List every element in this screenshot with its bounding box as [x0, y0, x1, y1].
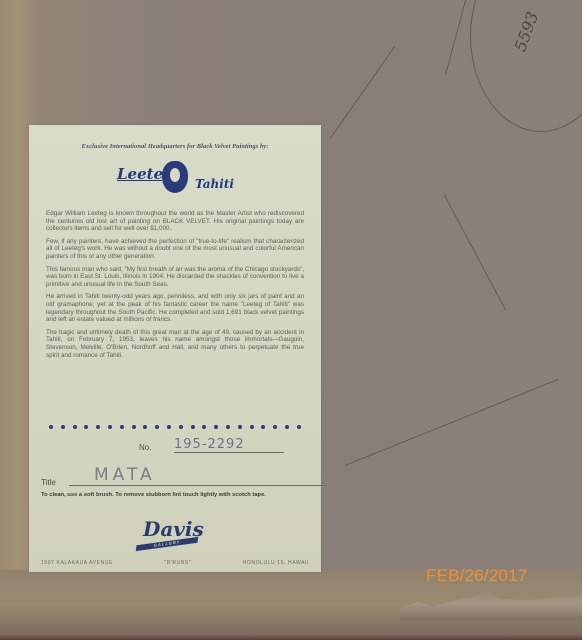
logo-right-text: Tahiti: [195, 177, 234, 191]
paragraph: Edgar William Leeteg is known throughout…: [46, 210, 304, 233]
dot: [49, 425, 53, 429]
title-label: Title: [41, 478, 56, 487]
dot-divider: [49, 425, 301, 429]
dot: [273, 425, 277, 429]
dot: [191, 425, 195, 429]
dot: [226, 425, 230, 429]
date-stamp: FEB/26/2017: [426, 566, 527, 586]
dot: [202, 425, 206, 429]
label-body: Edgar William Leeteg is known throughout…: [46, 210, 304, 364]
title-value: MATA: [69, 465, 326, 486]
address-street: 1507 KALAKAUA AVENUE: [41, 560, 113, 566]
dot: [84, 425, 88, 429]
number-value: 195-2292: [174, 437, 284, 453]
dot: [179, 425, 183, 429]
dot: [132, 425, 136, 429]
label-headline: Exclusive International Headquarters for…: [29, 143, 321, 150]
paragraph: This famous man who said, "My first brea…: [46, 266, 304, 289]
gallery-address: 1507 KALAKAUA AVENUE "B'RUBS" HONOLULU 1…: [41, 560, 309, 566]
dot: [155, 425, 159, 429]
davis-gallery-logo: Davis GALLERY: [137, 517, 209, 557]
dot: [297, 425, 301, 429]
gallery-label: Exclusive International Headquarters for…: [29, 125, 321, 572]
paragraph: The tragic and untimely death of this gr…: [46, 329, 304, 359]
paragraph: He arrived in Tahiti twenty-odd years ag…: [46, 293, 304, 323]
leeteg-tahiti-logo: Leeteg Tahiti: [117, 159, 237, 199]
care-instructions: To clean, use a soft brush. To remove st…: [41, 492, 309, 499]
dot: [143, 425, 147, 429]
dot: [238, 425, 242, 429]
dot: [61, 425, 65, 429]
address-city: HONOLULU 15, HAWAII: [243, 560, 309, 566]
dot: [214, 425, 218, 429]
dot: [120, 425, 124, 429]
dot: [285, 425, 289, 429]
dot: [250, 425, 254, 429]
portrait-icon: [162, 161, 188, 193]
dot: [167, 425, 171, 429]
number-label: No.: [139, 443, 151, 452]
paragraph: Few, if any painters, have achieved the …: [46, 238, 304, 261]
dot: [96, 425, 100, 429]
dot: [73, 425, 77, 429]
address-cable: "B'RUBS": [165, 560, 192, 566]
dot: [108, 425, 112, 429]
dot: [261, 425, 265, 429]
